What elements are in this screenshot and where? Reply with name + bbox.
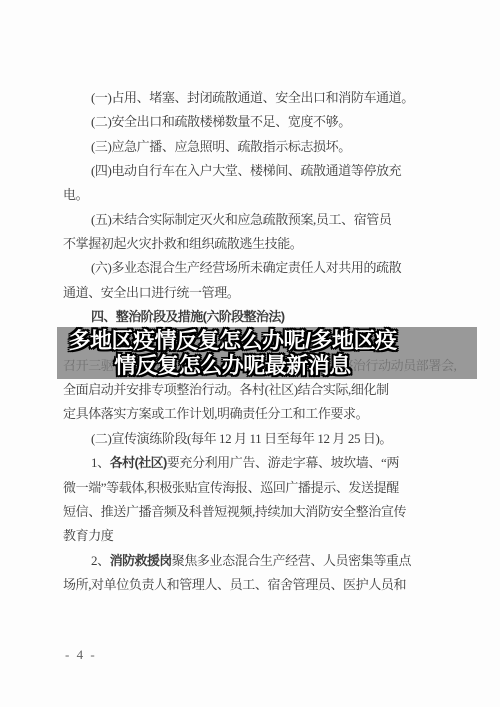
- document-line: 通道、安全出口进行统一管理。: [63, 281, 463, 305]
- document-text: (五)未结合实际制定灭火和应急疏散预案,员工、宿管员: [91, 212, 392, 227]
- document-line: (六)多业态混合生产经营场所未确定责任人对共用的疏散: [63, 256, 463, 280]
- document-line: 2、消防救援岗聚焦多业态混合生产经营、人员密集等重点: [63, 549, 463, 573]
- watermark-title-line1: 多地区疫情反复怎么办呢/多地区疫: [0, 328, 465, 353]
- document-text: (二)宣传演练阶段(每年 12 月 11 日至每年 12 月 25 日)。: [91, 431, 392, 446]
- document-line: 四、整治阶段及措施(六阶段整治法): [63, 305, 463, 329]
- document-text: 微一端”等载体,积极张贴宣传海报、巡回广播提示、发送提醒: [63, 480, 399, 495]
- document-line: 场所,对单位负责人和管理人、员工、宿舍管理员、医护人员和: [63, 573, 463, 597]
- watermark-title-line2: 情反复怎么办呢最新消息: [0, 353, 465, 378]
- document-line: 短信、推送广播音频及科普短视频,持续加大消防安全整治宣传: [63, 500, 463, 524]
- document-line: 定具体落实方案或工作计划,明确责任分工和工作要求。: [63, 402, 463, 426]
- document-line: (二)宣传演练阶段(每年 12 月 11 日至每年 12 月 25 日)。: [63, 427, 463, 451]
- document-text: (一)占用、堵塞、封闭疏散通道、安全出口和消防车通道。: [91, 90, 414, 105]
- document-text: 不掌握初起火灾扑救和组织疏散逃生技能。: [63, 236, 302, 251]
- document-text: 1、: [91, 455, 110, 470]
- document-text: (四)电动自行车在入户大堂、楼梯间、疏散通道等停放充: [91, 163, 401, 178]
- document-line: (二)安全出口和疏散楼梯数量不足、宽度不够。: [63, 110, 463, 134]
- document-text: 教育力度: [63, 528, 113, 543]
- document-line: (五)未结合实际制定灭火和应急疏散预案,员工、宿管员: [63, 208, 463, 232]
- watermark-title: 多地区疫情反复怎么办呢/多地区疫 情反复怎么办呢最新消息: [0, 328, 465, 378]
- document-line: 不掌握初起火灾扑救和组织疏散逃生技能。: [63, 232, 463, 256]
- document-text: 聚焦多业态混合生产经营、人员密集等重点: [172, 553, 411, 568]
- document-text-bold: 四、整治阶段及措施(六阶段整治法): [91, 309, 284, 324]
- document-text: 要充分利用广告、游走字幕、坡坎墙、“两: [167, 455, 399, 470]
- document-line: 电。: [63, 183, 463, 207]
- document-text: (三)应急广播、应急照明、疏散指示标志损坏。: [91, 139, 351, 154]
- document-text: (二)安全出口和疏散楼梯数量不足、宽度不够。: [91, 114, 351, 129]
- document-text-bold: 消防救援岗: [110, 553, 172, 568]
- document-line: 全面启动并安排专项整治行动。各村(社区)结合实际,细化制: [63, 378, 463, 402]
- document-line: (三)应急广播、应急照明、疏散指示标志损坏。: [63, 135, 463, 159]
- document-line: 微一端”等载体,积极张贴宣传海报、巡回广播提示、发送提醒: [63, 476, 463, 500]
- document-text: 电。: [63, 187, 88, 202]
- document-text: 通道、安全出口进行统一管理。: [63, 285, 239, 300]
- document-text: 全面启动并安排专项整治行动。各村(社区)结合实际,细化制: [63, 382, 389, 397]
- document-line: (四)电动自行车在入户大堂、楼梯间、疏散通道等停放充: [63, 159, 463, 183]
- document-line: 教育力度: [63, 524, 463, 548]
- document-text: 定具体落实方案或工作计划,明确责任分工和工作要求。: [63, 406, 368, 421]
- document-text: 短信、推送广播音频及科普短视频,持续加大消防安全整治宣传: [63, 504, 406, 519]
- document-line: 1、各村(社区)要充分利用广告、游走字幕、坡坎墙、“两: [63, 451, 463, 475]
- document-text: 场所,对单位负责人和管理人、员工、宿舍管理员、医护人员和: [63, 577, 406, 592]
- document-text-bold: 各村(社区): [110, 455, 167, 470]
- document-text: (六)多业态混合生产经营场所未确定责任人对共用的疏散: [91, 260, 401, 275]
- document-page: (一)占用、堵塞、封闭疏散通道、安全出口和消防车通道。(二)安全出口和疏散楼梯数…: [0, 0, 500, 707]
- page-number: - 4 -: [65, 648, 97, 662]
- document-line: (一)占用、堵塞、封闭疏散通道、安全出口和消防车通道。: [63, 86, 463, 110]
- document-text: 2、: [91, 553, 110, 568]
